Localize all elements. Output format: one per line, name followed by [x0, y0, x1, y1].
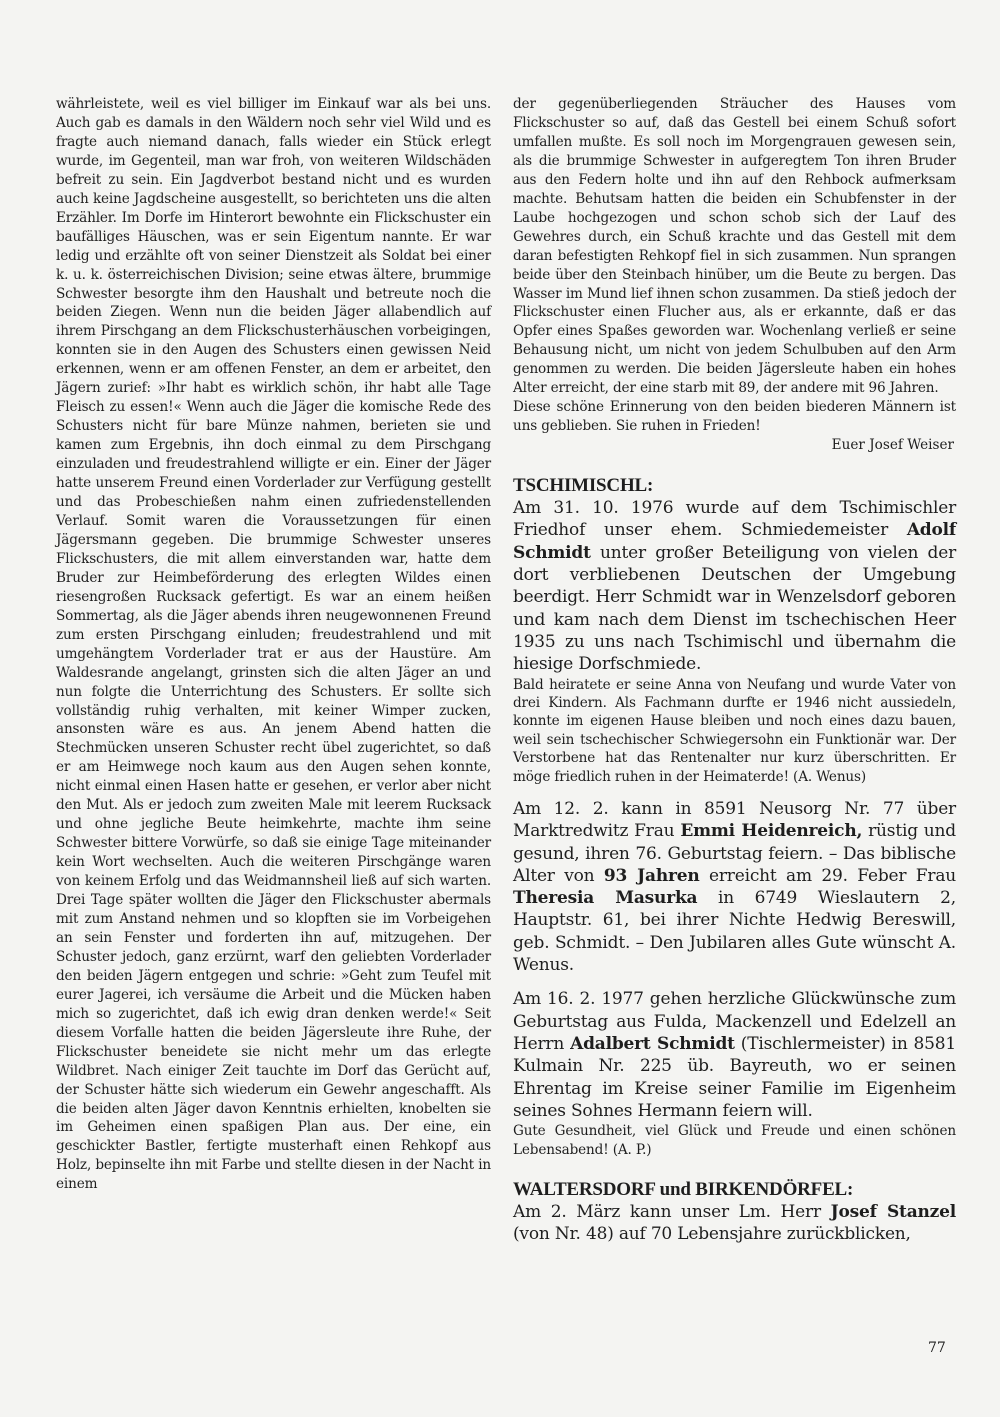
person-name: Josef Stanzel [831, 1202, 956, 1222]
person-name: Theresia Masurka [513, 888, 697, 908]
section-heading-tschimischl: TSCHIMISCHL: [513, 475, 956, 497]
waltersdorf-text: Am 2. März kann unser Lm. Herr [513, 1202, 831, 1222]
age-highlight: 93 Jahren [604, 866, 700, 886]
obituary-paragraph: Am 31. 10. 1976 wurde auf dem Tschimisch… [513, 497, 956, 675]
left-column: währleistete, weil es viel billiger im E… [56, 95, 491, 1194]
birthday-paragraph: Am 12. 2. kann in 8591 Neusorg Nr. 77 üb… [513, 798, 956, 976]
story-continuation: der gegenüberliegenden Sträucher des Hau… [513, 95, 956, 398]
right-column: der gegenüberliegenden Sträucher des Hau… [513, 95, 956, 1246]
person-name: Emmi Heidenreich, [680, 821, 862, 841]
waltersdorf-paragraph: Am 2. März kann unser Lm. Herr Josef Sta… [513, 1201, 956, 1246]
magazine-page: währleistete, weil es viel billiger im E… [0, 0, 1000, 1417]
page-number: 77 [928, 1340, 946, 1356]
greeting-closing: Gute Gesundheit, viel Glück und Freude u… [513, 1122, 956, 1159]
greeting-paragraph: Am 16. 2. 1977 gehen herzliche Glückwüns… [513, 988, 956, 1122]
story-closing: Diese schöne Erinnerung von den beiden b… [513, 398, 956, 436]
section-heading-waltersdorf: WALTERSDORF und BIRKENDÖRFEL: [513, 1179, 956, 1201]
birthday-text: erreicht am 29. Feber Frau [700, 866, 956, 886]
obituary-followup: Bald heiratete er seine Anna von Neufang… [513, 676, 956, 786]
waltersdorf-text: (von Nr. 48) auf 70 Lebensjahre zurückbl… [513, 1224, 911, 1244]
person-name: Adalbert Schmidt [570, 1034, 735, 1054]
author-signature: Euer Josef Weiser [513, 436, 956, 455]
obituary-text: Am 31. 10. 1976 wurde auf dem Tschimisch… [513, 498, 956, 540]
story-paragraph: währleistete, weil es viel billiger im E… [56, 95, 491, 1194]
